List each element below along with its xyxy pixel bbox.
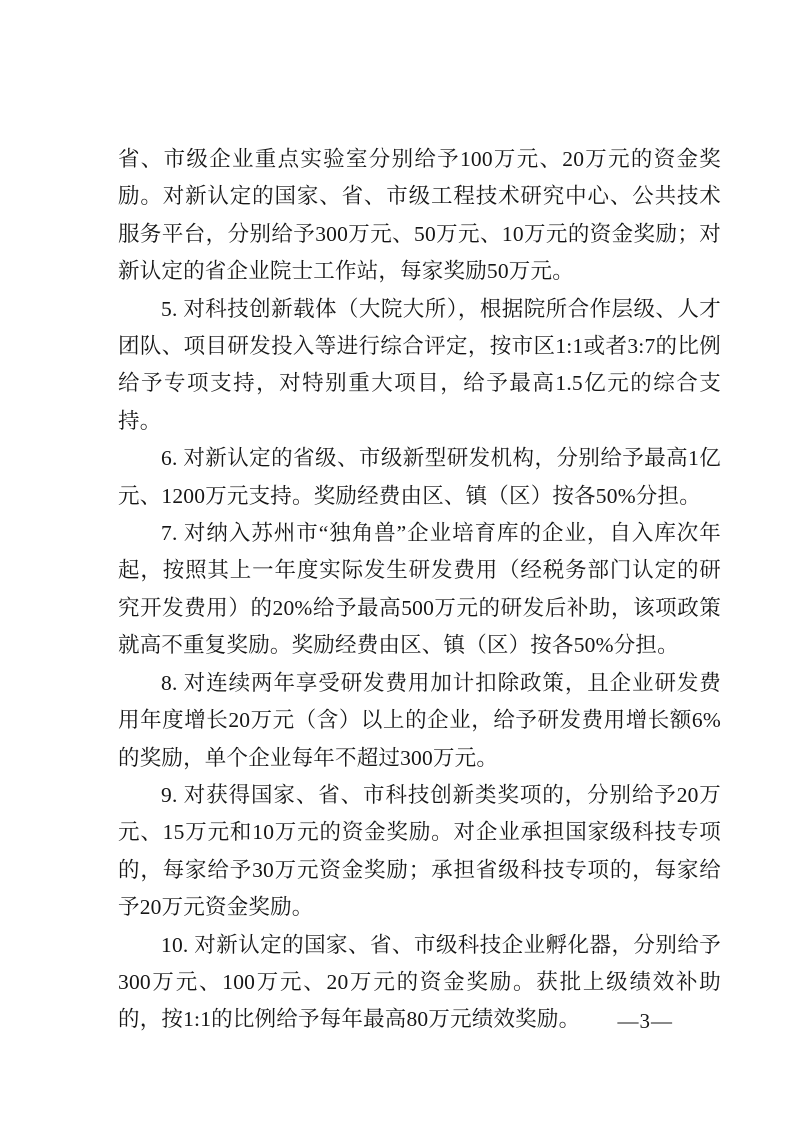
paragraph-item-7: 7. 对纳入苏州市“独角兽”企业培育库的企业，自入库次年起，按照其上一年度实际发… bbox=[118, 515, 721, 665]
page-number: —3— bbox=[618, 1006, 674, 1036]
text-block: 省、市级企业重点实验室分别给予100万元、20万元的资金奖励。对新认定的国家、省… bbox=[118, 141, 721, 1039]
document-page: 省、市级企业重点实验室分别给予100万元、20万元的资金奖励。对新认定的国家、省… bbox=[0, 0, 793, 1128]
paragraph-item-8: 8. 对连续两年享受研发费用加计扣除政策，且企业研发费用年度增长20万元（含）以… bbox=[118, 665, 721, 777]
paragraph-item-9: 9. 对获得国家、省、市科技创新类奖项的，分别给予20万元、15万元和10万元的… bbox=[118, 777, 721, 927]
paragraph-continuation: 省、市级企业重点实验室分别给予100万元、20万元的资金奖励。对新认定的国家、省… bbox=[118, 141, 721, 291]
paragraph-item-5: 5. 对科技创新载体（大院大所），根据院所合作层级、人才团队、项目研发投入等进行… bbox=[118, 291, 721, 441]
paragraph-item-6: 6. 对新认定的省级、市级新型研发机构，分别给予最高1亿元、1200万元支持。奖… bbox=[118, 440, 721, 515]
